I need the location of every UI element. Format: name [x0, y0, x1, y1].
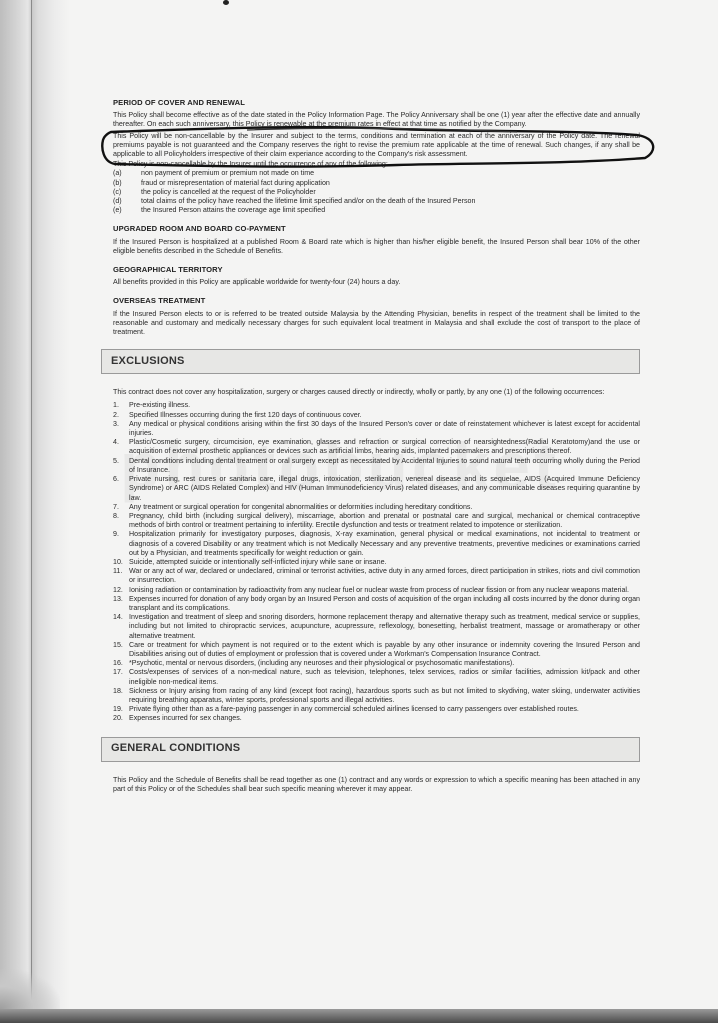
exclusion-item: 5.Dental conditions including dental tre…	[113, 457, 640, 475]
paragraph: This Policy is non-cancellable by the In…	[113, 160, 640, 169]
scanner-bottom-edge	[0, 1009, 718, 1023]
exclusions-heading-band: EXCLUSIONS	[101, 349, 640, 374]
general-conditions-paragraph: This Policy and the Schedule of Benefits…	[113, 776, 640, 794]
exclusion-number: 2.	[113, 411, 129, 420]
list-label: (c)	[113, 188, 141, 197]
exclusion-text: Dental conditions including dental treat…	[129, 457, 640, 475]
exclusion-text: Sickness or Injury arising from racing o…	[129, 687, 640, 705]
exclusion-text: Costs/expenses of services of a non-medi…	[129, 668, 640, 686]
exclusion-item: 2.Specified Illnesses occurring during t…	[113, 411, 640, 420]
policy-page: PERIOD OF COVER AND RENEWAL This Policy …	[113, 98, 640, 794]
exclusion-item: 11.War or any act of war, declared or un…	[113, 567, 640, 585]
exclusion-number: 15.	[113, 641, 129, 659]
list-text: fraud or misrepresentation of material f…	[141, 179, 330, 188]
exclusion-text: *Psychotic, mental or nervous disorders,…	[129, 659, 640, 668]
exclusion-number: 4.	[113, 438, 129, 456]
exclusion-number: 5.	[113, 457, 129, 475]
exclusions-intro: This contract does not cover any hospita…	[113, 388, 640, 397]
exclusion-text: Private flying other than as a fare-payi…	[129, 705, 640, 714]
exclusion-number: 8.	[113, 512, 129, 530]
exclusion-text: Care or treatment for which payment is n…	[129, 641, 640, 659]
list-text: the policy is cancelled at the request o…	[141, 188, 316, 197]
exclusions-list: 1.Pre-existing illness.2.Specified Illne…	[113, 401, 640, 723]
exclusion-item: 14.Investigation and treatment of sleep …	[113, 613, 640, 641]
exclusion-number: 9.	[113, 530, 129, 558]
exclusion-number: 20.	[113, 714, 129, 723]
exclusions-section: This contract does not cover any hospita…	[113, 388, 640, 723]
page-curl-shadow	[0, 969, 60, 1009]
list-text: the Insured Person attains the coverage …	[141, 206, 325, 215]
exclusion-item: 8.Pregnancy, child birth (including surg…	[113, 512, 640, 530]
section-heading: GEOGRAPHICAL TERRITORY	[113, 265, 640, 274]
paragraph: If the Insured Person elects to or is re…	[113, 310, 640, 338]
exclusion-text: Suicide, attempted suicide or intentiona…	[129, 558, 640, 567]
exclusion-item: 1.Pre-existing illness.	[113, 401, 640, 410]
section-upgraded-room: UPGRADED ROOM AND BOARD CO-PAYMENT If th…	[113, 224, 640, 256]
highlighted-paragraph: This Policy will be non-cancellable by t…	[113, 132, 640, 160]
exclusion-number: 14.	[113, 613, 129, 641]
exclusion-number: 18.	[113, 687, 129, 705]
exclusion-text: Expenses incurred for donation of any bo…	[129, 595, 640, 613]
exclusion-text: Expenses incurred for sex changes.	[129, 714, 640, 723]
exclusion-text: Any medical or physical conditions arisi…	[129, 420, 640, 438]
exclusion-number: 1.	[113, 401, 129, 410]
exclusion-item: 20.Expenses incurred for sex changes.	[113, 714, 640, 723]
list-label: (b)	[113, 179, 141, 188]
exclusion-number: 3.	[113, 420, 129, 438]
exclusion-text: Ionising radiation or contamination by r…	[129, 586, 640, 595]
list-label: (e)	[113, 206, 141, 215]
exclusion-number: 7.	[113, 503, 129, 512]
scan-edge-shadow	[0, 0, 70, 1023]
exclusion-item: 12.Ionising radiation or contamination b…	[113, 586, 640, 595]
exclusion-item: 3.Any medical or physical conditions ari…	[113, 420, 640, 438]
exclusion-text: Private nursing, rest cures or sanitaria…	[129, 475, 640, 503]
list-label: (a)	[113, 169, 141, 178]
exclusion-number: 13.	[113, 595, 129, 613]
exclusion-item: 7.Any treatment or surgical operation fo…	[113, 503, 640, 512]
exclusion-text: War or any act of war, declared or undec…	[129, 567, 640, 585]
exclusion-text: Pre-existing illness.	[129, 401, 640, 410]
section-heading: OVERSEAS TREATMENT	[113, 296, 640, 305]
exclusion-item: 19.Private flying other than as a fare-p…	[113, 705, 640, 714]
list-item: (e)the Insured Person attains the covera…	[113, 206, 640, 215]
exclusion-text: Plastic/Cosmetic surgery, circumcision, …	[129, 438, 640, 456]
exclusion-number: 6.	[113, 475, 129, 503]
list-item: (c)the policy is cancelled at the reques…	[113, 188, 640, 197]
paragraph: If the Insured Person is hospitalized at…	[113, 238, 640, 256]
section-geographical-territory: GEOGRAPHICAL TERRITORY All benefits prov…	[113, 265, 640, 287]
list-text: total claims of the policy have reached …	[141, 197, 475, 206]
exclusion-item: 10.Suicide, attempted suicide or intenti…	[113, 558, 640, 567]
exclusion-item: 18.Sickness or Injury arising from racin…	[113, 687, 640, 705]
exclusion-text: Any treatment or surgical operation for …	[129, 503, 640, 512]
exclusion-item: 17.Costs/expenses of services of a non-m…	[113, 668, 640, 686]
paragraph: This Policy will be non-cancellable by t…	[113, 132, 640, 160]
exclusion-item: 15.Care or treatment for which payment i…	[113, 641, 640, 659]
list-item: (d)total claims of the policy have reach…	[113, 197, 640, 206]
exclusion-text: Investigation and treatment of sleep and…	[129, 613, 640, 641]
scan-edge-line	[31, 0, 32, 1023]
exclusion-text: Pregnancy, child birth (including surgic…	[129, 512, 640, 530]
exclusion-number: 19.	[113, 705, 129, 714]
paragraph: All benefits provided in this Policy are…	[113, 278, 640, 287]
exclusion-number: 16.	[113, 659, 129, 668]
list-text: non payment of premium or premium not ma…	[141, 169, 314, 178]
list-item: (b)fraud or misrepresentation of materia…	[113, 179, 640, 188]
section-heading: PERIOD OF COVER AND RENEWAL	[113, 98, 640, 107]
section-heading: UPGRADED ROOM AND BOARD CO-PAYMENT	[113, 224, 640, 233]
section-overseas-treatment: OVERSEAS TREATMENT If the Insured Person…	[113, 296, 640, 337]
exclusion-number: 11.	[113, 567, 129, 585]
list-item: (a)non payment of premium or premium not…	[113, 169, 640, 178]
section-period-of-cover: PERIOD OF COVER AND RENEWAL This Policy …	[113, 98, 640, 215]
list-label: (d)	[113, 197, 141, 206]
exclusion-text: Specified Illnesses occurring during the…	[129, 411, 640, 420]
general-conditions-heading-band: GENERAL CONDITIONS	[101, 737, 640, 762]
ink-dot	[223, 0, 229, 5]
paragraph: This Policy shall become effective as of…	[113, 111, 640, 129]
exclusion-number: 17.	[113, 668, 129, 686]
exclusion-item: 4.Plastic/Cosmetic surgery, circumcision…	[113, 438, 640, 456]
exclusion-text: Hospitalization primarily for investigat…	[129, 530, 640, 558]
exclusion-item: 16.*Psychotic, mental or nervous disorde…	[113, 659, 640, 668]
exclusion-item: 9.Hospitalization primarily for investig…	[113, 530, 640, 558]
exclusion-number: 10.	[113, 558, 129, 567]
termination-conditions-list: (a)non payment of premium or premium not…	[113, 169, 640, 215]
exclusion-item: 13.Expenses incurred for donation of any…	[113, 595, 640, 613]
exclusion-number: 12.	[113, 586, 129, 595]
exclusion-item: 6.Private nursing, rest cures or sanitar…	[113, 475, 640, 503]
